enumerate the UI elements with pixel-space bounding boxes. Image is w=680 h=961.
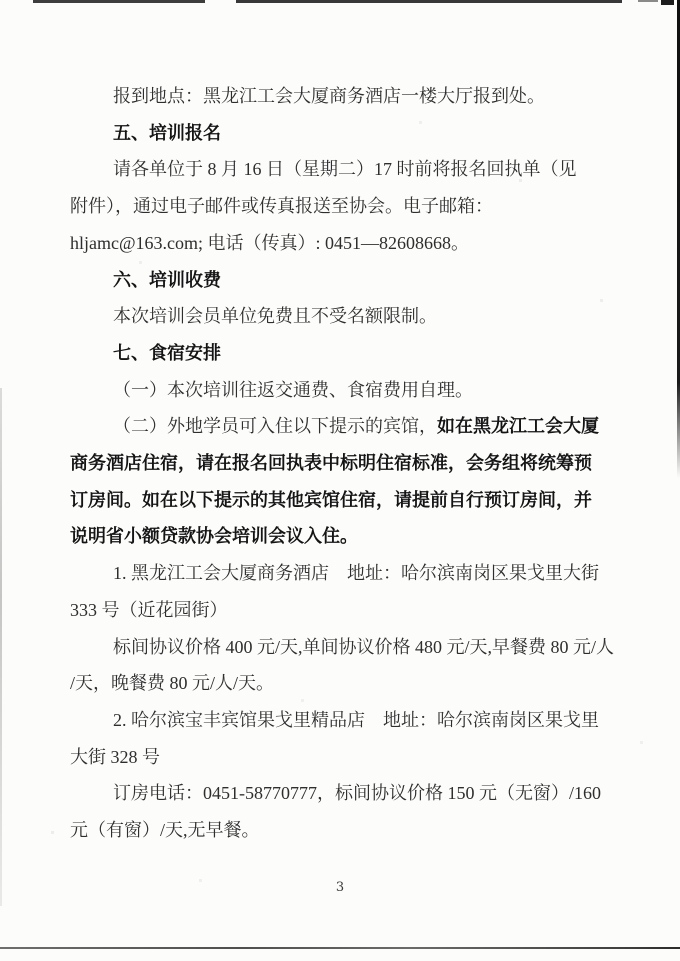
scan-top-edge-artifact xyxy=(33,0,205,3)
text-segment: 报到地点：黑龙江工会大厦商务酒店一楼大厅报到处。 xyxy=(113,86,545,106)
text-line: 五、培训报名 xyxy=(70,115,630,152)
text-segment: （二）外地学员可入住以下提示的宾馆， xyxy=(113,416,437,436)
scanned-document-page: 报到地点：黑龙江工会大厦商务酒店一楼大厅报到处。五、培训报名请各单位于 8 月 … xyxy=(0,0,680,961)
text-line: 订房电话：0451-58770777，标间协议价格 150 元（无窗）/160 xyxy=(70,775,630,812)
text-segment-bold: 七、食宿安排 xyxy=(113,343,221,363)
text-line: 标间协议价格 400 元/天,单间协议价格 480 元/天,早餐费 80 元/人 xyxy=(70,629,630,666)
text-segment: （一）本次培训往返交通费、食宿费用自理。 xyxy=(113,380,473,400)
text-line: 请各单位于 8 月 16 日（星期二）17 时前将报名回执单（见 xyxy=(70,151,630,188)
text-segment: 1. 黑龙江工会大厦商务酒店 地址：哈尔滨南岗区果戈里大街 xyxy=(113,563,599,583)
text-segment: 请各单位于 8 月 16 日（星期二）17 时前将报名回执单（见 xyxy=(113,159,577,179)
scan-speckles xyxy=(0,0,1,1)
text-segment-bold: 订房间。如在以下提示的其他宾馆住宿，请提前自行预订房间，并 xyxy=(70,490,592,510)
scan-bottom-rule-artifact xyxy=(0,947,680,949)
document-body: 报到地点：黑龙江工会大厦商务酒店一楼大厅报到处。五、培训报名请各单位于 8 月 … xyxy=(70,78,630,849)
text-segment: 附件），通过电子邮件或传真报送至协会。电子邮箱： xyxy=(70,196,493,216)
text-line: 元（有窗）/天,无早餐。 xyxy=(70,812,630,849)
scan-top-edge-artifact xyxy=(236,0,622,3)
text-segment: 元（有窗）/天,无早餐。 xyxy=(70,820,260,840)
text-line: /天，晚餐费 80 元/人/天。 xyxy=(70,665,630,702)
text-line: 本次培训会员单位免费且不受名额限制。 xyxy=(70,298,630,335)
text-segment: 333 号（近花园街） xyxy=(70,600,228,620)
text-line: 六、培训收费 xyxy=(70,262,630,299)
text-segment-bold: 五、培训报名 xyxy=(113,123,221,143)
text-segment-bold: 六、培训收费 xyxy=(113,270,221,290)
text-segment: 本次培训会员单位免费且不受名额限制。 xyxy=(113,306,437,326)
text-line: 333 号（近花园街） xyxy=(70,592,630,629)
text-segment-bold: 说明省小额贷款协会培训会议入住。 xyxy=(70,526,358,546)
text-segment: 大街 328 号 xyxy=(70,747,160,767)
text-segment: 标间协议价格 400 元/天,单间协议价格 480 元/天,早餐费 80 元/人 xyxy=(113,637,614,657)
text-line: 说明省小额贷款协会培训会议入住。 xyxy=(70,518,630,555)
page-number: 3 xyxy=(0,880,680,895)
text-line: 七、食宿安排 xyxy=(70,335,630,372)
text-segment: hljamc@163.com; 电话（传真）: 0451—82608668。 xyxy=(70,233,469,253)
text-segment-bold: 商务酒店住宿，请在报名回执表中标明住宿标准，会务组将统筹预 xyxy=(70,453,592,473)
text-line: （一）本次培训往返交通费、食宿费用自理。 xyxy=(70,372,630,409)
text-line: 订房间。如在以下提示的其他宾馆住宿，请提前自行预订房间，并 xyxy=(70,482,630,519)
text-line: hljamc@163.com; 电话（传真）: 0451—82608668。 xyxy=(70,225,630,262)
scan-top-edge-artifact xyxy=(661,0,674,5)
scan-top-edge-artifact xyxy=(638,0,658,2)
text-segment: 订房电话：0451-58770777，标间协议价格 150 元（无窗）/160 xyxy=(113,783,601,803)
scan-left-edge-artifact xyxy=(0,388,2,906)
text-segment: /天，晚餐费 80 元/人/天。 xyxy=(70,673,274,693)
text-line: 报到地点：黑龙江工会大厦商务酒店一楼大厅报到处。 xyxy=(70,78,630,115)
text-line: 2. 哈尔滨宝丰宾馆果戈里精品店 地址：哈尔滨南岗区果戈里 xyxy=(70,702,630,739)
text-line: 附件），通过电子邮件或传真报送至协会。电子邮箱： xyxy=(70,188,630,225)
text-segment: 2. 哈尔滨宝丰宾馆果戈里精品店 地址：哈尔滨南岗区果戈里 xyxy=(113,710,599,730)
text-line: （二）外地学员可入住以下提示的宾馆，如在黑龙江工会大厦 xyxy=(70,408,630,445)
text-line: 大街 328 号 xyxy=(70,739,630,776)
text-line: 商务酒店住宿，请在报名回执表中标明住宿标准，会务组将统筹预 xyxy=(70,445,630,482)
text-line: 1. 黑龙江工会大厦商务酒店 地址：哈尔滨南岗区果戈里大街 xyxy=(70,555,630,592)
text-segment-bold: 如在黑龙江工会大厦 xyxy=(437,416,599,436)
